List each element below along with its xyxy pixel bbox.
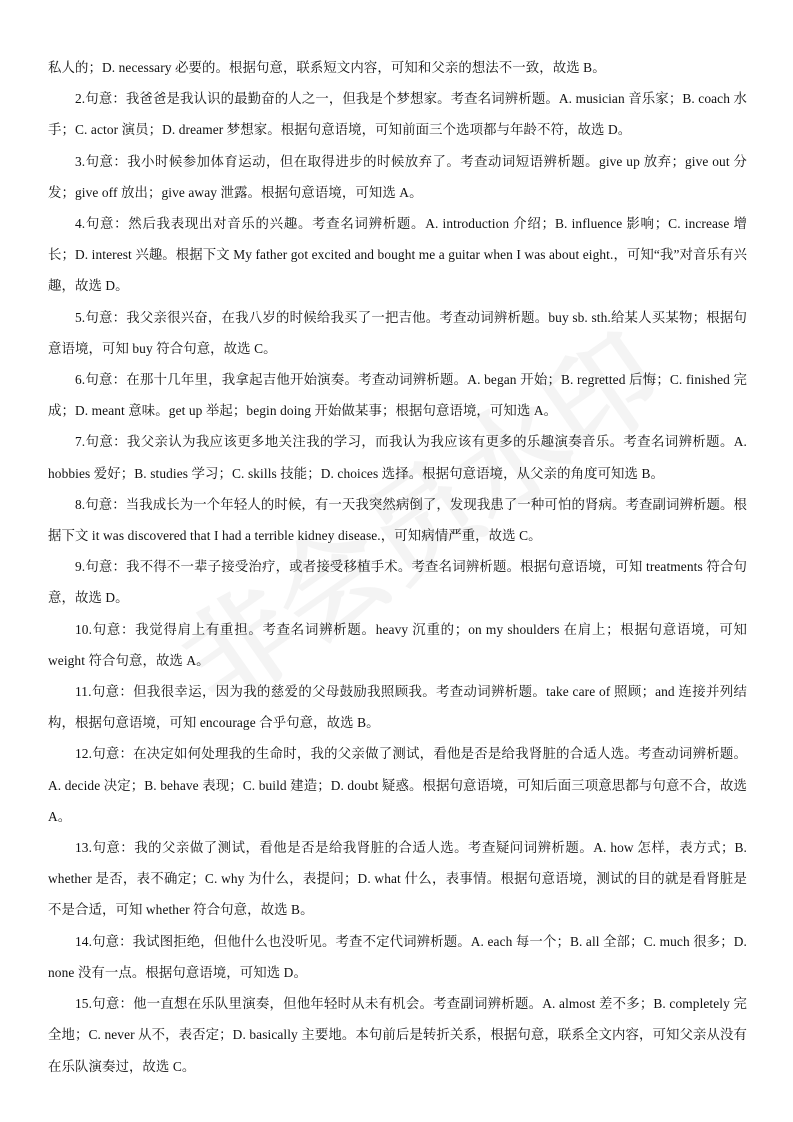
explanation-item-6: 6.句意：在那十几年里，我拿起吉他开始演奏。考查动词辨析题。A. began 开… xyxy=(48,364,747,426)
explanation-item-14: 14.句意：我试图拒绝，但他什么也没听见。考查不定代词辨析题。A. each 每… xyxy=(48,926,747,988)
explanation-item-5: 5.句意：我父亲很兴奋，在我八岁的时候给我买了一把吉他。考查动词辨析题。buy … xyxy=(48,302,747,364)
explanation-item-11: 11.句意：但我很幸运，因为我的慈爱的父母鼓励我照顾我。考查动词辨析题。take… xyxy=(48,676,747,738)
explanation-item-10: 10.句意：我觉得肩上有重担。考查名词辨析题。heavy 沉重的；on my s… xyxy=(48,614,747,676)
explanation-item-3: 3.句意：我小时候参加体育运动，但在取得进步的时候放弃了。考查动词短语辨析题。g… xyxy=(48,146,747,208)
explanation-item-7: 7.句意：我父亲认为我应该更多地关注我的学习，而我认为我应该有更多的乐趣演奏音乐… xyxy=(48,426,747,488)
explanation-item-13: 13.句意：我的父亲做了测试，看他是否是给我肾脏的合适人选。考查疑问词辨析题。A… xyxy=(48,832,747,926)
explanation-item-8: 8.句意：当我成长为一个年轻人的时候，有一天我突然病倒了，发现我患了一种可怕的肾… xyxy=(48,489,747,551)
explanation-item-2: 2.句意：我爸爸是我认识的最勤奋的人之一，但我是个梦想家。考查名词辨析题。A. … xyxy=(48,83,747,145)
explanation-item-12: 12.句意：在决定如何处理我的生命时，我的父亲做了测试，看他是否是给我肾脏的合适… xyxy=(48,738,747,832)
explanation-item-9: 9.句意：我不得不一辈子接受治疗，或者接受移植手术。考查名词辨析题。根据句意语境… xyxy=(48,551,747,613)
answer-explanations: 私人的；D. necessary 必要的。根据句意，联系短文内容，可知和父亲的想… xyxy=(48,52,747,1082)
explanation-item-15: 15.句意：他一直想在乐队里演奏，但他年轻时从未有机会。考查副词辨析题。A. a… xyxy=(48,988,747,1082)
continuation-paragraph: 私人的；D. necessary 必要的。根据句意，联系短文内容，可知和父亲的想… xyxy=(48,52,747,83)
explanation-item-4: 4.句意：然后我表现出对音乐的兴趣。考查名词辨析题。A. introductio… xyxy=(48,208,747,302)
document-page: 非会员水印 私人的；D. necessary 必要的。根据句意，联系短文内容，可… xyxy=(0,0,793,1122)
